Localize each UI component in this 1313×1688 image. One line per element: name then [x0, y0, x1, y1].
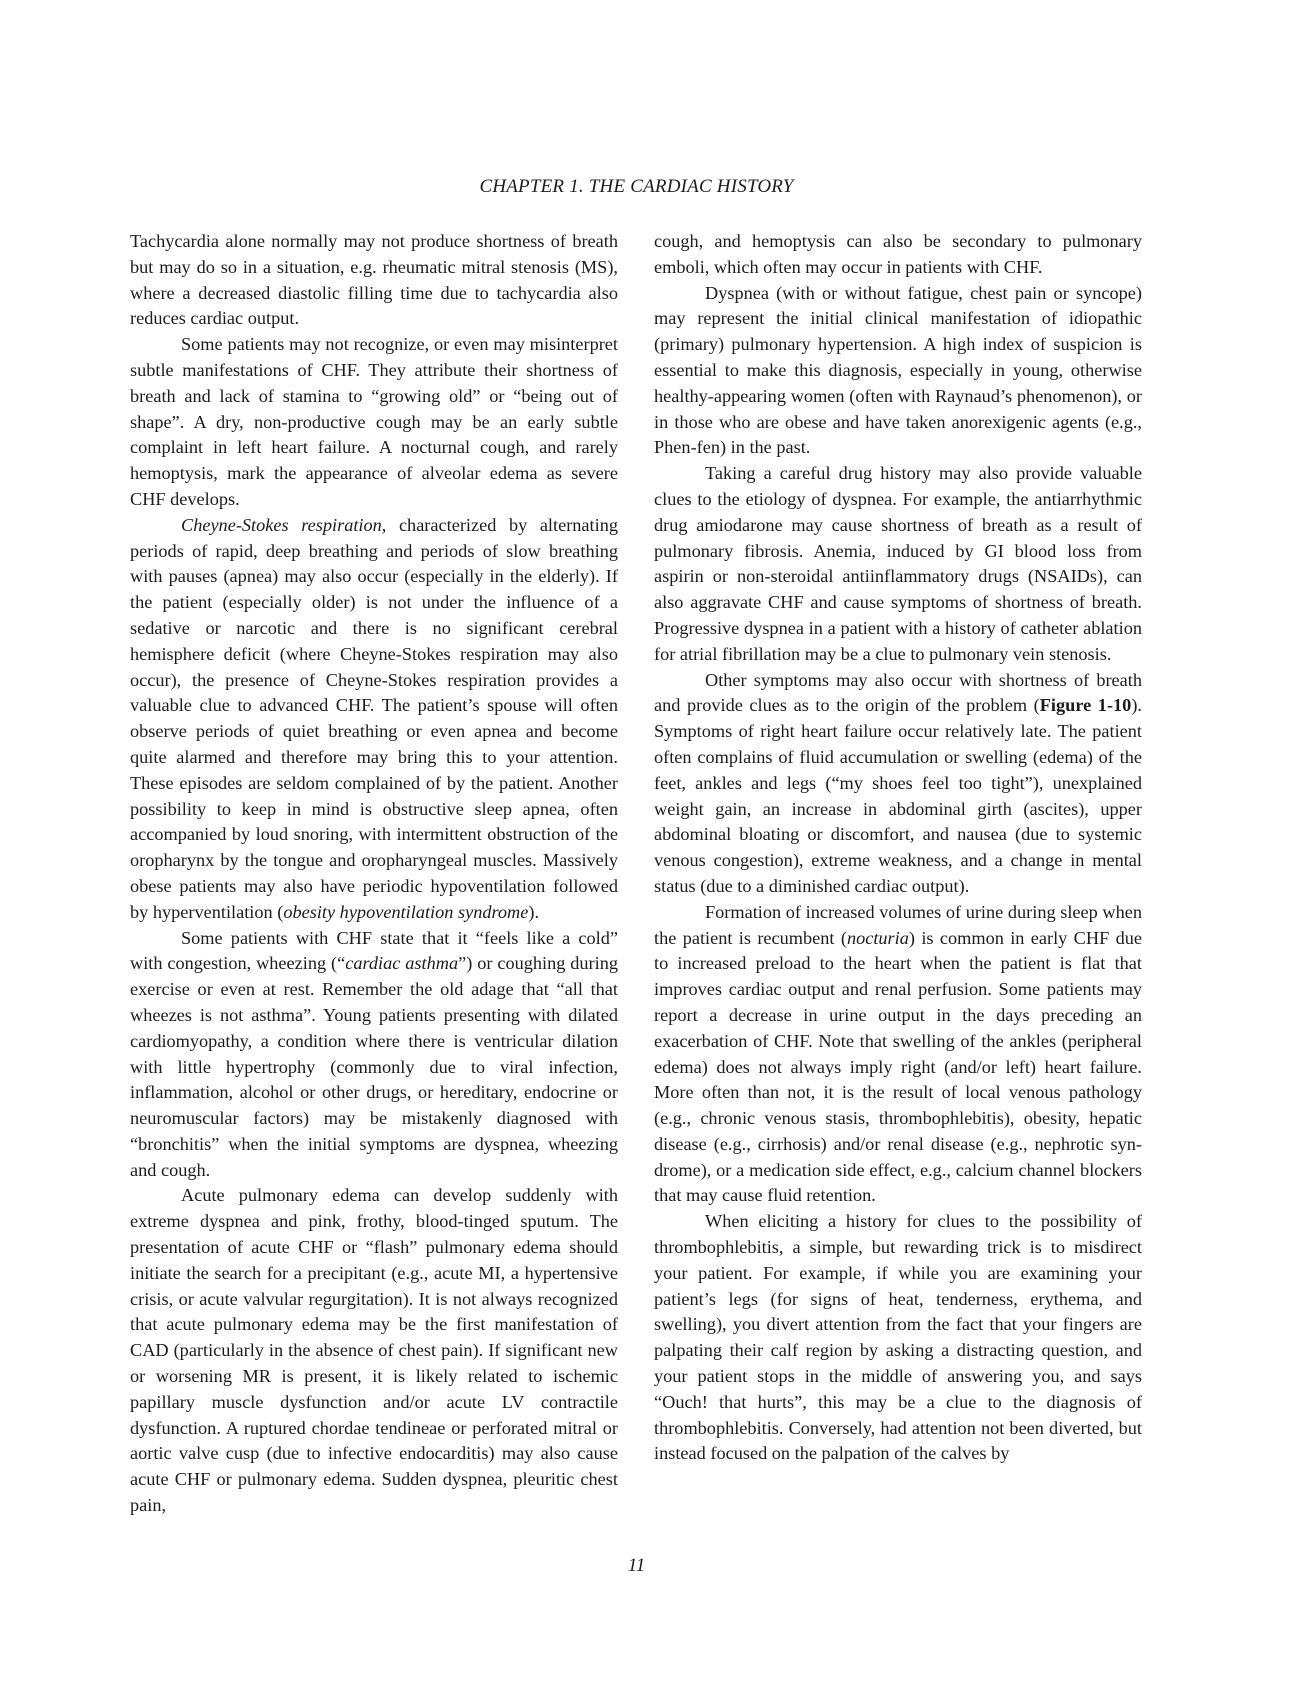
- paragraph: Acute pulmonary edema can develop sudden…: [130, 1183, 618, 1518]
- paragraph: Formation of increased volumes of urine …: [654, 900, 1142, 1210]
- italic-term: nocturia: [847, 928, 909, 948]
- paragraph-text: When eliciting a history for clues to th…: [654, 1211, 1142, 1463]
- italic-term: Cheyne-Stokes respiration: [181, 515, 382, 535]
- paragraph-text: Taking a careful drug history may also p…: [654, 463, 1142, 664]
- paragraph-text: , characterized by alternat­ing periods …: [130, 515, 618, 922]
- italic-term: obesity hypoventilation syndrome: [283, 902, 528, 922]
- paragraph: Taking a careful drug history may also p…: [654, 461, 1142, 667]
- book-page: CHAPTER 1. THE CARDIAC HISTORY Tachycard…: [0, 0, 1313, 1688]
- paragraph-text: Dyspnea (with or without fatigue, chest …: [654, 283, 1142, 458]
- paragraph: Some patients with CHF state that it “fe…: [130, 926, 618, 1184]
- paragraph-text: ). Symptoms of right heart failure occur…: [654, 695, 1142, 896]
- paragraph: Dyspnea (with or without fatigue, chest …: [654, 281, 1142, 462]
- paragraph: Some patients may not recognize, or even…: [130, 332, 618, 513]
- italic-term: cardiac asthma: [345, 953, 458, 973]
- figure-reference: Figure 1-10: [1040, 695, 1132, 715]
- paragraph-text: Some patients may not recognize, or even…: [130, 334, 618, 509]
- paragraph-text: Tachycardia alone normally may not produ…: [130, 231, 618, 328]
- paragraph-text: ).: [528, 902, 539, 922]
- paragraph: Tachycardia alone normally may not produ…: [130, 229, 618, 332]
- paragraph: cough, and hemoptysis can also be second…: [654, 229, 1142, 281]
- paragraph-text: ”) or coughing during exercise or even a…: [130, 953, 618, 1179]
- right-column: cough, and hemoptysis can also be second…: [654, 229, 1142, 1467]
- paragraph-text: Acute pulmonary edema can develop sudden…: [130, 1185, 618, 1515]
- paragraph-text: ) is common in early CHF due to increase…: [654, 928, 1142, 1206]
- paragraph: Other symptoms may also occur with short…: [654, 668, 1142, 900]
- paragraph: Cheyne-Stokes respiration, characterized…: [130, 513, 618, 926]
- paragraph: When eliciting a history for clues to th…: [654, 1209, 1142, 1467]
- page-number: 11: [0, 1555, 1273, 1577]
- left-column: Tachycardia alone normally may not produ…: [130, 229, 618, 1519]
- running-head: CHAPTER 1. THE CARDIAC HISTORY: [0, 176, 1273, 198]
- paragraph-text: cough, and hemoptysis can also be second…: [654, 231, 1142, 277]
